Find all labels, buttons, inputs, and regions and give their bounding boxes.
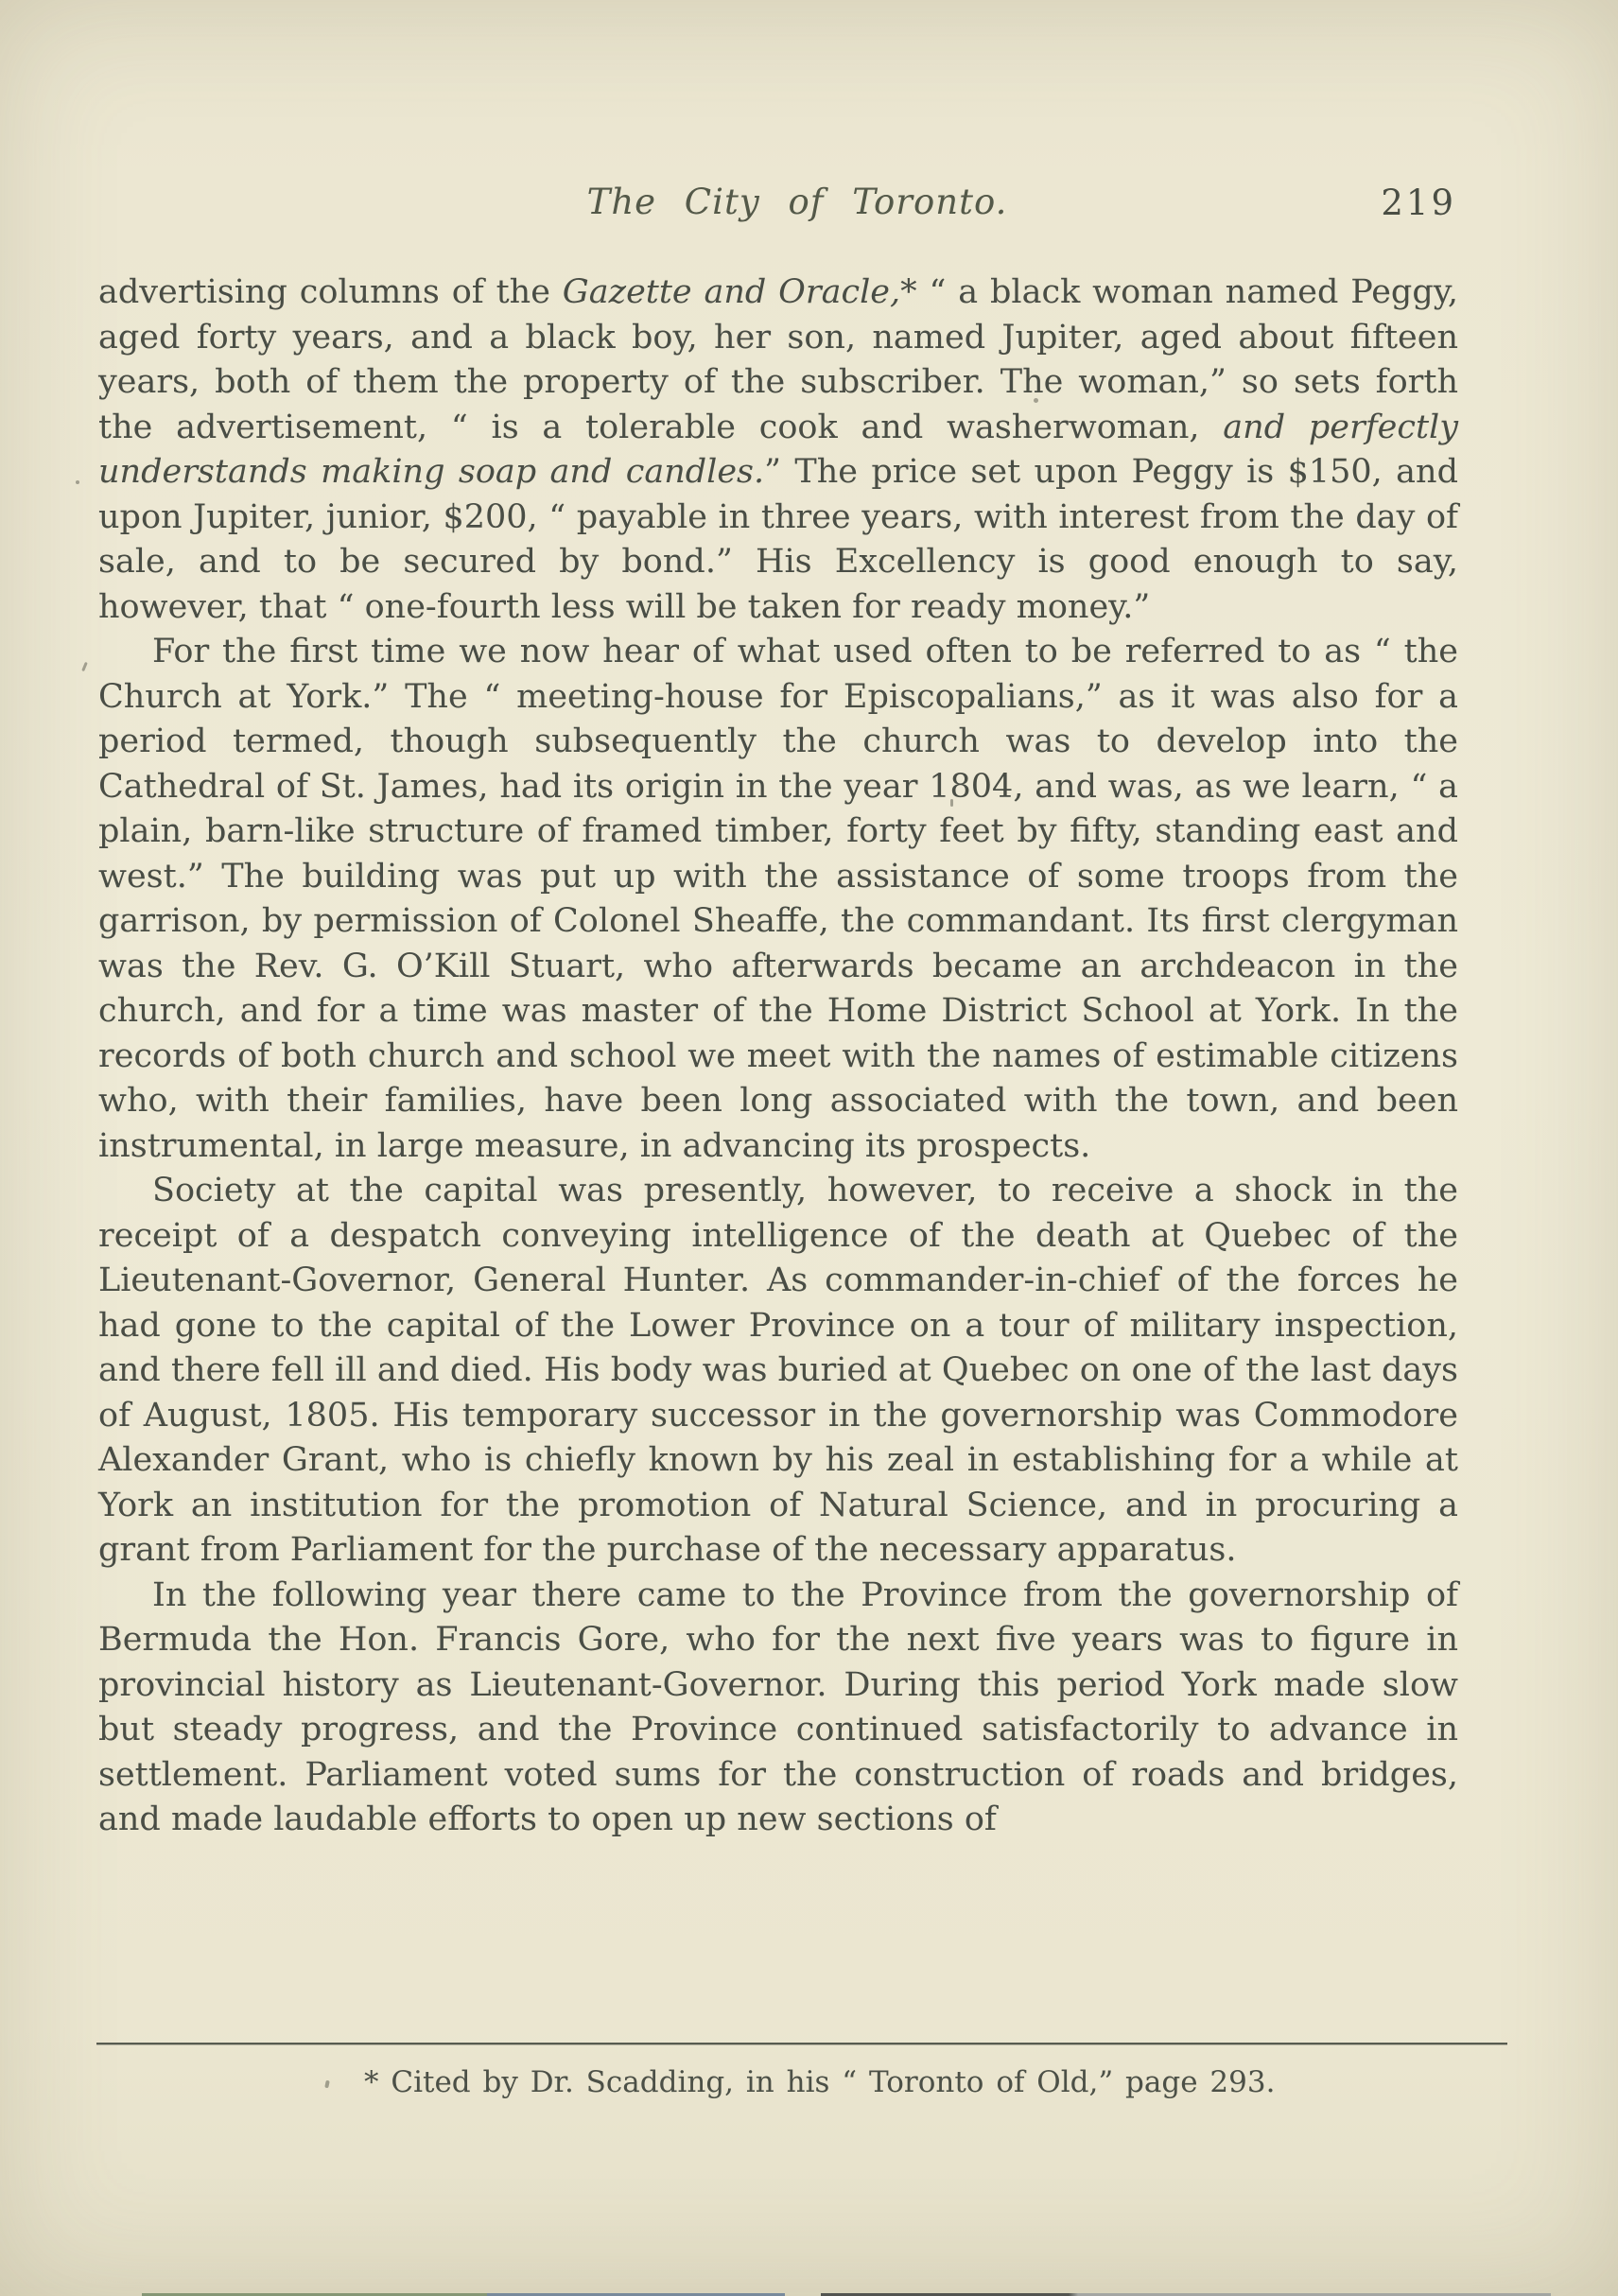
page-header: The City of Toronto. 219	[98, 182, 1458, 231]
footnote-rule	[96, 2043, 1507, 2045]
footnote: * Cited by Dr. Scadding, in his “ Toront…	[364, 2065, 1275, 2099]
scan-speck	[950, 799, 953, 807]
italic-text: Gazette and Oracle,	[563, 273, 900, 311]
running-title: The City of Toronto.	[136, 182, 1458, 222]
book-page: The City of Toronto. 219 advertising col…	[0, 0, 1618, 2296]
body-text-segment: Society at the capital was presently, ho…	[98, 1172, 1458, 1569]
page-number: 219	[1381, 183, 1456, 223]
scan-speck	[81, 662, 88, 671]
scan-speck	[324, 2080, 330, 2089]
body-text: advertising columns of the Gazette and O…	[98, 270, 1458, 1843]
body-text-segment: In the following year there came to the …	[98, 1576, 1458, 1839]
paragraph: advertising columns of the Gazette and O…	[98, 270, 1458, 630]
paragraph: In the following year there came to the …	[98, 1574, 1458, 1843]
scan-speck	[1034, 398, 1038, 403]
body-text-segment: advertising columns of the	[98, 273, 563, 311]
paragraph: Society at the capital was presently, ho…	[98, 1169, 1458, 1574]
body-text-segment: For the first time we now hear of what u…	[98, 633, 1458, 1165]
scan-speck	[76, 480, 79, 484]
paragraph: For the first time we now hear of what u…	[98, 630, 1458, 1169]
